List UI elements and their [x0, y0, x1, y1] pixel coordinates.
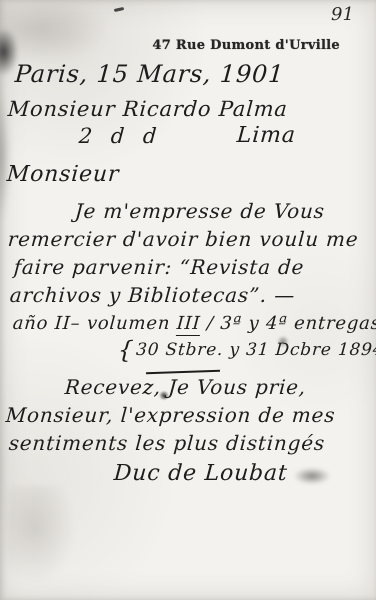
- brace-mark: {: [117, 336, 135, 364]
- reference-volume: III: [176, 313, 201, 336]
- recipient-city: Lima: [236, 123, 297, 148]
- body-line-2: remercier d'avoir bien voulu me: [7, 227, 359, 251]
- salutation: Monsieur: [6, 162, 120, 187]
- reference-prefix: año II– volumen: [12, 313, 177, 334]
- pen-stroke: [146, 370, 220, 375]
- reference-dates-text: 30 Stbre. y 31 Dcbre 1894: [135, 340, 376, 360]
- smudge-signature-end: [294, 468, 330, 484]
- stain-top-left: [0, 0, 110, 64]
- body-line-1: Je m'empresse de Vous: [74, 199, 326, 223]
- letterhead-address: 47 Rue Dumont d'Urville: [152, 38, 340, 53]
- speckle-bottom-left: [6, 486, 76, 586]
- dateline: Paris, 15 Mars, 1901: [14, 60, 285, 88]
- speck-top: [114, 7, 124, 12]
- reference-dates: {30 Stbre. y 31 Dcbre 1894: [117, 336, 376, 364]
- recipient-name: Monsieur Ricardo Palma: [7, 97, 289, 121]
- closing-line-2: Monsieur, l'expression de mes: [5, 403, 336, 427]
- recipient-ditto-marks: 2 d d: [78, 124, 163, 148]
- body-line-4: archivos y Bibliotecas”. —: [9, 283, 296, 307]
- closing-line-3: sentiments les plus distingés: [8, 431, 326, 455]
- reference-suffix: / 3ª y 4ª entregas;: [200, 313, 376, 334]
- signature: Duc de Loubat: [113, 461, 288, 486]
- reference-line: año II– volumen III / 3ª y 4ª entregas;: [12, 313, 376, 334]
- folio-number: 91: [331, 4, 354, 25]
- body-line-3: faire parvenir: “Revista de: [13, 255, 305, 279]
- letter-scan-page: 91 47 Rue Dumont d'Urville Paris, 15 Mar…: [0, 0, 376, 600]
- closing-line-1: Recevez, Je Vous prie,: [64, 375, 307, 399]
